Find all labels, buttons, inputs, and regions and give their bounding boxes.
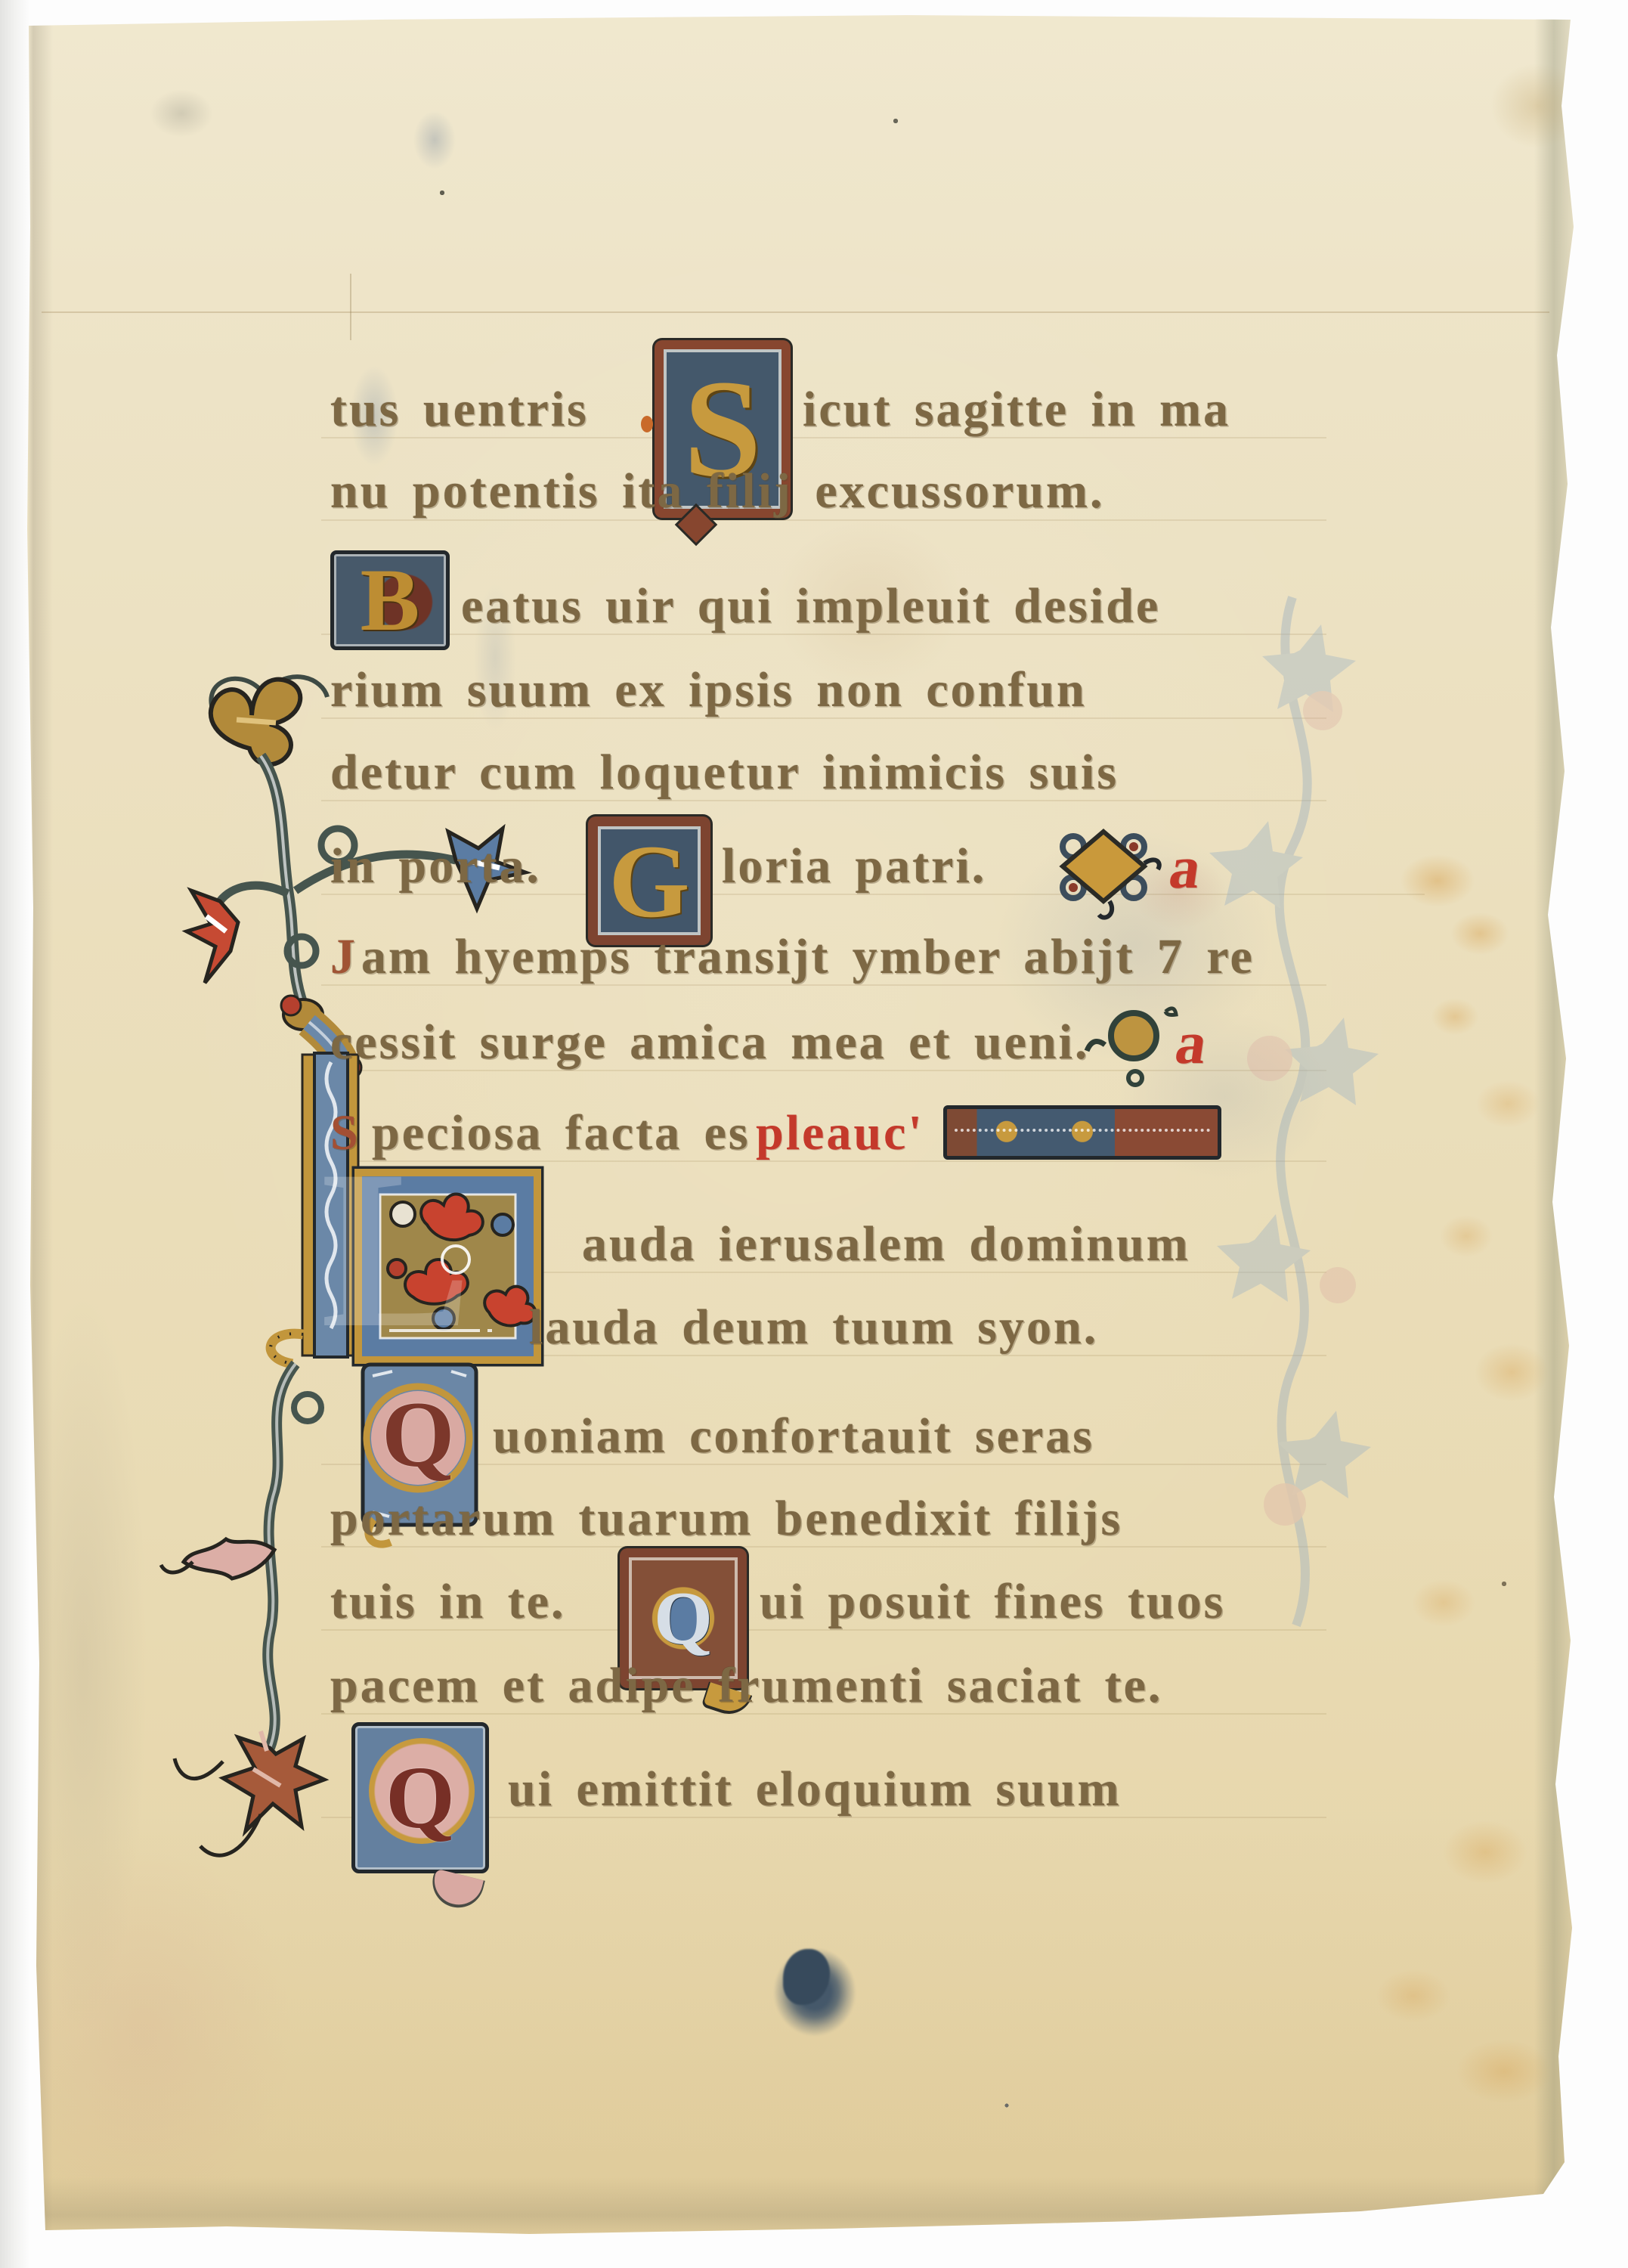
scan-background: L Q S B G Q Q <box>0 0 1628 2268</box>
text-line-10: auda ierusalem dominum <box>582 1210 1190 1279</box>
ink-blot-stain <box>762 1935 868 2049</box>
text-line-14-pre: tuis in te. <box>330 1567 566 1637</box>
text-line-6-pre: in porta. <box>330 832 541 901</box>
text-line-8: cessit surge amica mea et ueni. <box>330 1008 1089 1077</box>
text-line-16: ui emittit eloquium suum <box>508 1755 1122 1824</box>
text-line-5: detur cum loquetur inimicis suis <box>330 738 1119 807</box>
text-line-3: eatus uir qui impleuit deside <box>461 572 1160 641</box>
text-line-7: am hyemps transijt ymber abijt 7 re <box>361 922 1255 992</box>
text-line-1-post: icut sagitte in ma <box>803 375 1230 445</box>
text-line-12: uoniam confortauit seras <box>493 1402 1094 1471</box>
illuminated-initial-Q-qui-emittit: Q <box>351 1722 489 1873</box>
crease-mark <box>350 274 351 340</box>
bar-line-filler-icon <box>943 1105 1221 1160</box>
text-line-1-pre: tus uentris <box>330 375 589 445</box>
gold-bezant-line-filler-icon <box>1073 1004 1187 1095</box>
text-line-7-lead: J <box>330 922 357 992</box>
text-line-4: rium suum ex ipsis non confun <box>330 655 1087 725</box>
show-through-vine-icon <box>1179 575 1496 1633</box>
illuminated-initial-B: B <box>330 550 450 650</box>
parchment-leaf: L Q S B G Q Q <box>0 0 1628 2268</box>
text-line-14-post: ui posuit fines tuos <box>760 1567 1225 1637</box>
text-line-9-lead: S <box>330 1098 361 1168</box>
text-line-6-post: loria patri. <box>722 832 986 901</box>
header-ruling-line <box>42 311 1549 313</box>
text-line-11: lauda deum tuum syon. <box>529 1293 1098 1362</box>
illuminated-initial-Q-quoniam: Q <box>382 1388 454 1482</box>
text-line-13: portarum tuarum benedixit filijs <box>330 1484 1122 1554</box>
rubric-text: pleauc' <box>756 1098 924 1168</box>
text-line-15: pacem et adipe frumenti saciat te. <box>330 1651 1162 1721</box>
gold-diamond-line-filler-icon <box>1057 829 1155 919</box>
text-line-9: peciosa facta es <box>372 1098 751 1168</box>
text-line-2: nu potentis ita filij excussorum. <box>330 457 1105 526</box>
